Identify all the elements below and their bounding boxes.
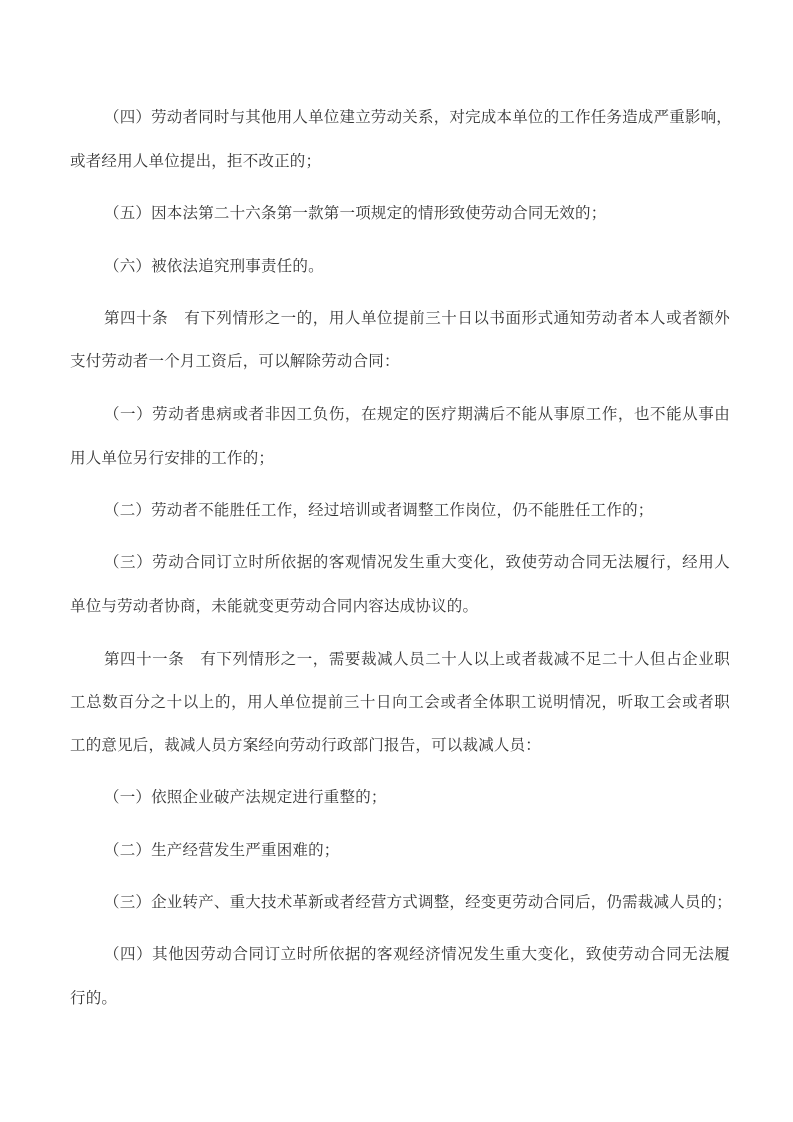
- article-41-line-2: 工总数百分之十以上的，用人单位提前三十日向工会或者全体职工说明情况，听取工会或者…: [70, 691, 730, 713]
- article-40-line-1: 第四十条 有下列情形之一的，用人单位提前三十日以书面形式通知劳动者本人或者额外: [104, 307, 730, 329]
- article-41-item-4-line-2: 行的。: [70, 987, 730, 1009]
- clause-4-line-2: 或者经用人单位提出，拒不改正的；: [70, 150, 730, 172]
- article-41-item-1: （一）依照企业破产法规定进行重整的；: [104, 786, 730, 808]
- article-40-item-1-line-1: （一）劳动者患病或者非因工负伤，在规定的医疗期满后不能从事原工作，也不能从事由: [104, 403, 730, 425]
- article-41-item-2: （二）生产经营发生严重困难的；: [104, 839, 730, 861]
- article-40-item-1-line-2: 用人单位另行安排的工作的；: [70, 447, 730, 469]
- article-41-line-3: 工的意见后，裁减人员方案经向劳动行政部门报告，可以裁减人员：: [70, 734, 730, 756]
- article-40-item-3-line-1: （三）劳动合同订立时所依据的客观情况发生重大变化，致使劳动合同无法履行，经用人: [104, 551, 730, 573]
- clause-4-line-1: （四）劳动者同时与其他用人单位建立劳动关系，对完成本单位的工作任务造成严重影响，: [104, 106, 730, 128]
- article-41-item-4-line-1: （四）其他因劳动合同订立时所依据的客观经济情况发生重大变化，致使劳动合同无法履: [104, 943, 730, 965]
- document-page: （四）劳动者同时与其他用人单位建立劳动关系，对完成本单位的工作任务造成严重影响，…: [0, 0, 793, 1122]
- article-41-item-3: （三）企业转产、重大技术革新或者经营方式调整，经变更劳动合同后，仍需裁减人员的；: [104, 891, 730, 913]
- article-40-item-2: （二）劳动者不能胜任工作，经过培训或者调整工作岗位，仍不能胜任工作的；: [104, 499, 730, 521]
- clause-6: （六）被依法追究刑事责任的。: [104, 255, 730, 277]
- article-40-line-2: 支付劳动者一个月工资后，可以解除劳动合同：: [70, 350, 730, 372]
- article-40-item-3-line-2: 单位与劳动者协商，未能就变更劳动合同内容达成协议的。: [70, 595, 730, 617]
- article-41-line-1: 第四十一条 有下列情形之一，需要裁减人员二十人以上或者裁减不足二十人但占企业职: [104, 648, 730, 670]
- clause-5: （五）因本法第二十六条第一款第一项规定的情形致使劳动合同无效的；: [104, 202, 730, 224]
